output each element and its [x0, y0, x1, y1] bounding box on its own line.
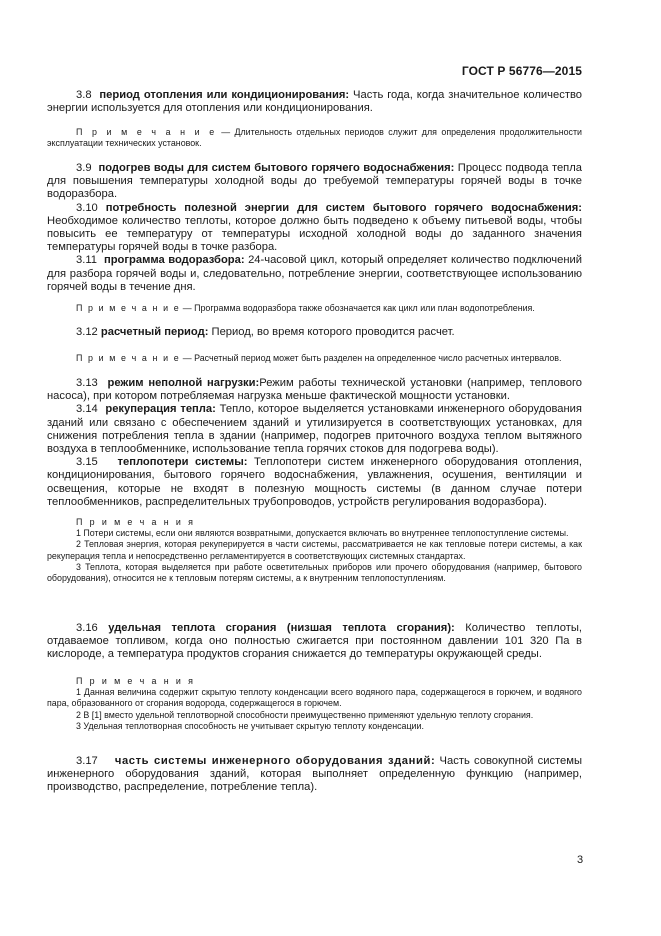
entry-text: Период, во время которого проводится рас… — [208, 326, 454, 338]
entry-term: часть системы инженерного оборудования з… — [115, 755, 435, 767]
notes-label: П р и м е ч а н и я — [76, 517, 195, 527]
document-page: ГОСТ Р 56776—2015 3.8 период отопления и… — [0, 0, 661, 936]
entry-3-10: 3.10 потребность полезной энергии для си… — [47, 202, 582, 255]
entry-term: потребность полезной энергии для систем … — [106, 202, 582, 214]
entry-3-14: 3.14 рекуперация тепла: Тепло, которое в… — [47, 403, 582, 456]
note-3-11: П р и м е ч а н и е — Программа водоразб… — [47, 303, 582, 314]
entry-3-8: 3.8 период отопления или кондиционирован… — [47, 89, 582, 115]
note-item: 3 Удельная теплотворная способность не у… — [47, 721, 582, 732]
entry-term: подогрев воды для систем бытового горяче… — [98, 162, 454, 174]
note-3-12: П р и м е ч а н и е — Расчетный период м… — [47, 353, 582, 364]
note-text: — Расчетный период может быть разделен н… — [180, 353, 561, 363]
notes-3-16: П р и м е ч а н и я 1 Данная величина со… — [47, 676, 582, 732]
entry-3-9: 3.9 подогрев воды для систем бытового го… — [47, 162, 582, 294]
entry-term: период отопления или кондиционирования: — [99, 89, 349, 101]
entry-3-12: 3.12 расчетный период: Период, во время … — [47, 326, 582, 339]
entry-text: Необходимое количество теплоты, которое … — [47, 215, 582, 253]
entry-term: удельная теплота сгорания (низшая теплот… — [108, 622, 455, 634]
entry-3-16: 3.16 удельная теплота сгорания (низшая т… — [47, 622, 582, 662]
entry-number: 3.15 — [76, 456, 98, 468]
entry-number: 3.11 — [76, 254, 97, 266]
entry-number: 3.12 — [76, 326, 98, 338]
page-number: 3 — [577, 854, 583, 866]
entry-number: 3.14 — [76, 403, 98, 415]
entry-number: 3.13 — [76, 377, 98, 389]
entry-term: теплопотери системы: — [118, 456, 248, 468]
note-item: 1 Потери системы, если они являются возв… — [47, 528, 582, 539]
note-label: П р и м е ч а н и е — [76, 303, 180, 313]
note-3-8: П р и м е ч а н и е — Длительность отдел… — [47, 127, 582, 149]
entries-3-13-to-3-15: 3.13 режим неполной нагрузки:Режим работ… — [47, 377, 582, 509]
entry-number: 3.8 — [76, 89, 92, 101]
note-label: П р и м е ч а н и е — [76, 127, 217, 137]
entry-term: программа водоразбора: — [104, 254, 245, 266]
entry-3-15: 3.15 теплопотери системы: Теплопотери си… — [47, 456, 582, 509]
entry-number: 3.10 — [76, 202, 98, 214]
note-item: 2 Тепловая энергия, которая рекуперирует… — [47, 539, 582, 561]
entry-number: 3.9 — [76, 162, 92, 174]
entry-term: рекуперация тепла: — [105, 403, 216, 415]
entry-number: 3.16 — [76, 622, 98, 634]
entry-term: расчетный период: — [101, 326, 209, 338]
note-text: — Программа водоразбора также обозначает… — [180, 303, 535, 313]
entry-3-13: 3.13 режим неполной нагрузки:Режим работ… — [47, 377, 582, 403]
notes-label: П р и м е ч а н и я — [76, 676, 195, 686]
entry-number: 3.17 — [76, 755, 98, 767]
notes-3-15: П р и м е ч а н и я 1 Потери системы, ес… — [47, 517, 582, 584]
entry-3-17: 3.17 часть системы инженерного оборудова… — [47, 755, 582, 795]
note-item: 1 Данная величина содержит скрытую тепло… — [47, 687, 582, 709]
note-label: П р и м е ч а н и е — [76, 353, 180, 363]
note-item: 3 Теплота, которая выделяется при работе… — [47, 562, 582, 584]
note-item: 2 В [1] вместо удельной теплотворной спо… — [47, 710, 582, 721]
entry-term: режим неполной нагрузки: — [107, 377, 259, 389]
document-code: ГОСТ Р 56776—2015 — [462, 64, 582, 78]
entry-3-11: 3.11 программа водоразбора: 24-часовой ц… — [47, 254, 582, 294]
